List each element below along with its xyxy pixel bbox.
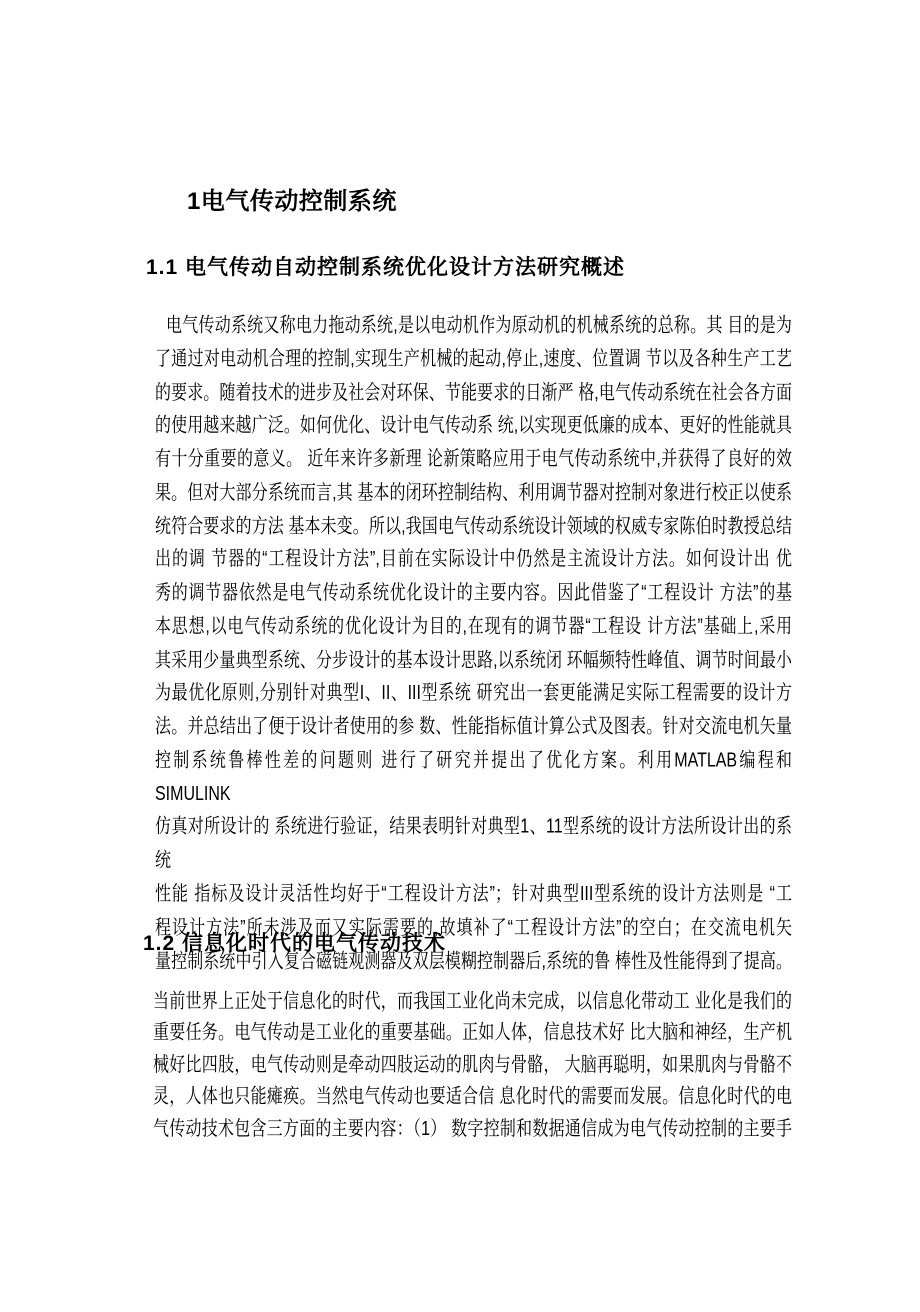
text-line: 气传动技术包含三方面的主要内容：（1） 数字控制和数据通信成为电气传动控制的主要… xyxy=(153,1113,792,1145)
text-line: 仿真对所设计的 系统进行验证，结果表明针对典型1、11型系统的设计方法所设计出的… xyxy=(155,812,792,879)
text-line: 重要任务。电气传动是工业化的重要基础。正如人体，信息技术好 比大脑和神经，生产机 xyxy=(153,1018,792,1050)
text-line: 统符合要求的方法 基本未变。所以,我国电气传动系统设计领域的权威专家陈伯时教授总… xyxy=(155,511,792,544)
text-line: 灵，人体也只能瘫痪。当然电气传动也要适合信 息化时代的需要而发展。信息化时代的电 xyxy=(153,1081,792,1113)
text-line: 的使用越来越广泛。如何优化、设计电气传动系 统,以实现更低廉的成本、更好的性能就… xyxy=(155,410,792,443)
text-line: 当前世界上正处于信息化的时代，而我国工业化尚未完成，以信息化带动工 业化是我们的 xyxy=(153,986,792,1018)
text-line: 出的调 节器的“工程设计方法”,目前在实际设计中仍然是主流设计方法。如何设计出 … xyxy=(155,544,792,577)
text-line: 有十分重要的意义。 近年来许多新理 论新策略应用于电气传动系统中,并获得了良好的… xyxy=(155,444,792,477)
paragraph-2: 当前世界上正处于信息化的时代，而我国工业化尚未完成，以信息化带动工 业化是我们的… xyxy=(153,986,792,1145)
text-line: 性能 指标及设计灵活性均好于“工程设计方法”；针对典型III型系统的设计方法则是… xyxy=(155,879,792,912)
section-heading-1-1: 1.1 电气传动自动控制系统优化设计方法研究概述 xyxy=(146,257,625,279)
text-line: 秀的调节器依然是电气传动系统优化设计的主要内容。因此借鉴了“工程设计 方法”的基 xyxy=(155,578,792,611)
paragraph-1: 电气传动系统又称电力拖动系统,是以电动机作为原动机的机械系统的总称。其 目的是为… xyxy=(155,310,792,979)
text-line: 本思想,以电气传动系统的优化设计为目的,在现有的调节器“工程设 计方法”基础上,… xyxy=(155,611,792,644)
text-line: 械好比四肢，电气传动则是牵动四肢运动的肌肉与骨骼， 大脑再聪明，如果肌肉与骨骼不 xyxy=(153,1050,792,1082)
section-heading-1-2: 1.2 信息化时代的电气传动技术 xyxy=(143,933,446,955)
text-line: 法。并总结出了便于设计者使用的参 数、性能指标值计算公式及图表。针对交流电机矢量 xyxy=(155,711,792,744)
text-line: 为最优化原则,分别针对典型I、II、III型系统 研究出一套更能满足实际工程需要… xyxy=(155,678,792,711)
document-page: 1电气传动控制系统 1.1 电气传动自动控制系统优化设计方法研究概述 电气传动系… xyxy=(0,0,920,1312)
text-line: 的要求。随着技术的进步及社会对环保、节能要求的日渐严 格,电气传动系统在社会各方… xyxy=(155,377,792,410)
text-line: 其采用少量典型系统、分步设计的基本设计思路,以系统闭 环幅频特性峰值、调节时间最… xyxy=(155,645,792,678)
text-line: 了通过对电动机合理的控制,实现生产机械的起动,停止,速度、位置调 节以及各种生产… xyxy=(155,343,792,376)
text-line: 果。但对大部分系统而言,其 基本的闭环控制结构、利用调节器对控制对象进行校正以使… xyxy=(155,477,792,510)
text-line: 控制系统鲁棒性差的问题则 进行了研究并提出了优化方案。利用MATLAB编程和SI… xyxy=(155,745,792,812)
chapter-title: 1电气传动控制系统 xyxy=(187,189,397,214)
text-line: 电气传动系统又称电力拖动系统,是以电动机作为原动机的机械系统的总称。其 目的是为 xyxy=(155,310,792,343)
